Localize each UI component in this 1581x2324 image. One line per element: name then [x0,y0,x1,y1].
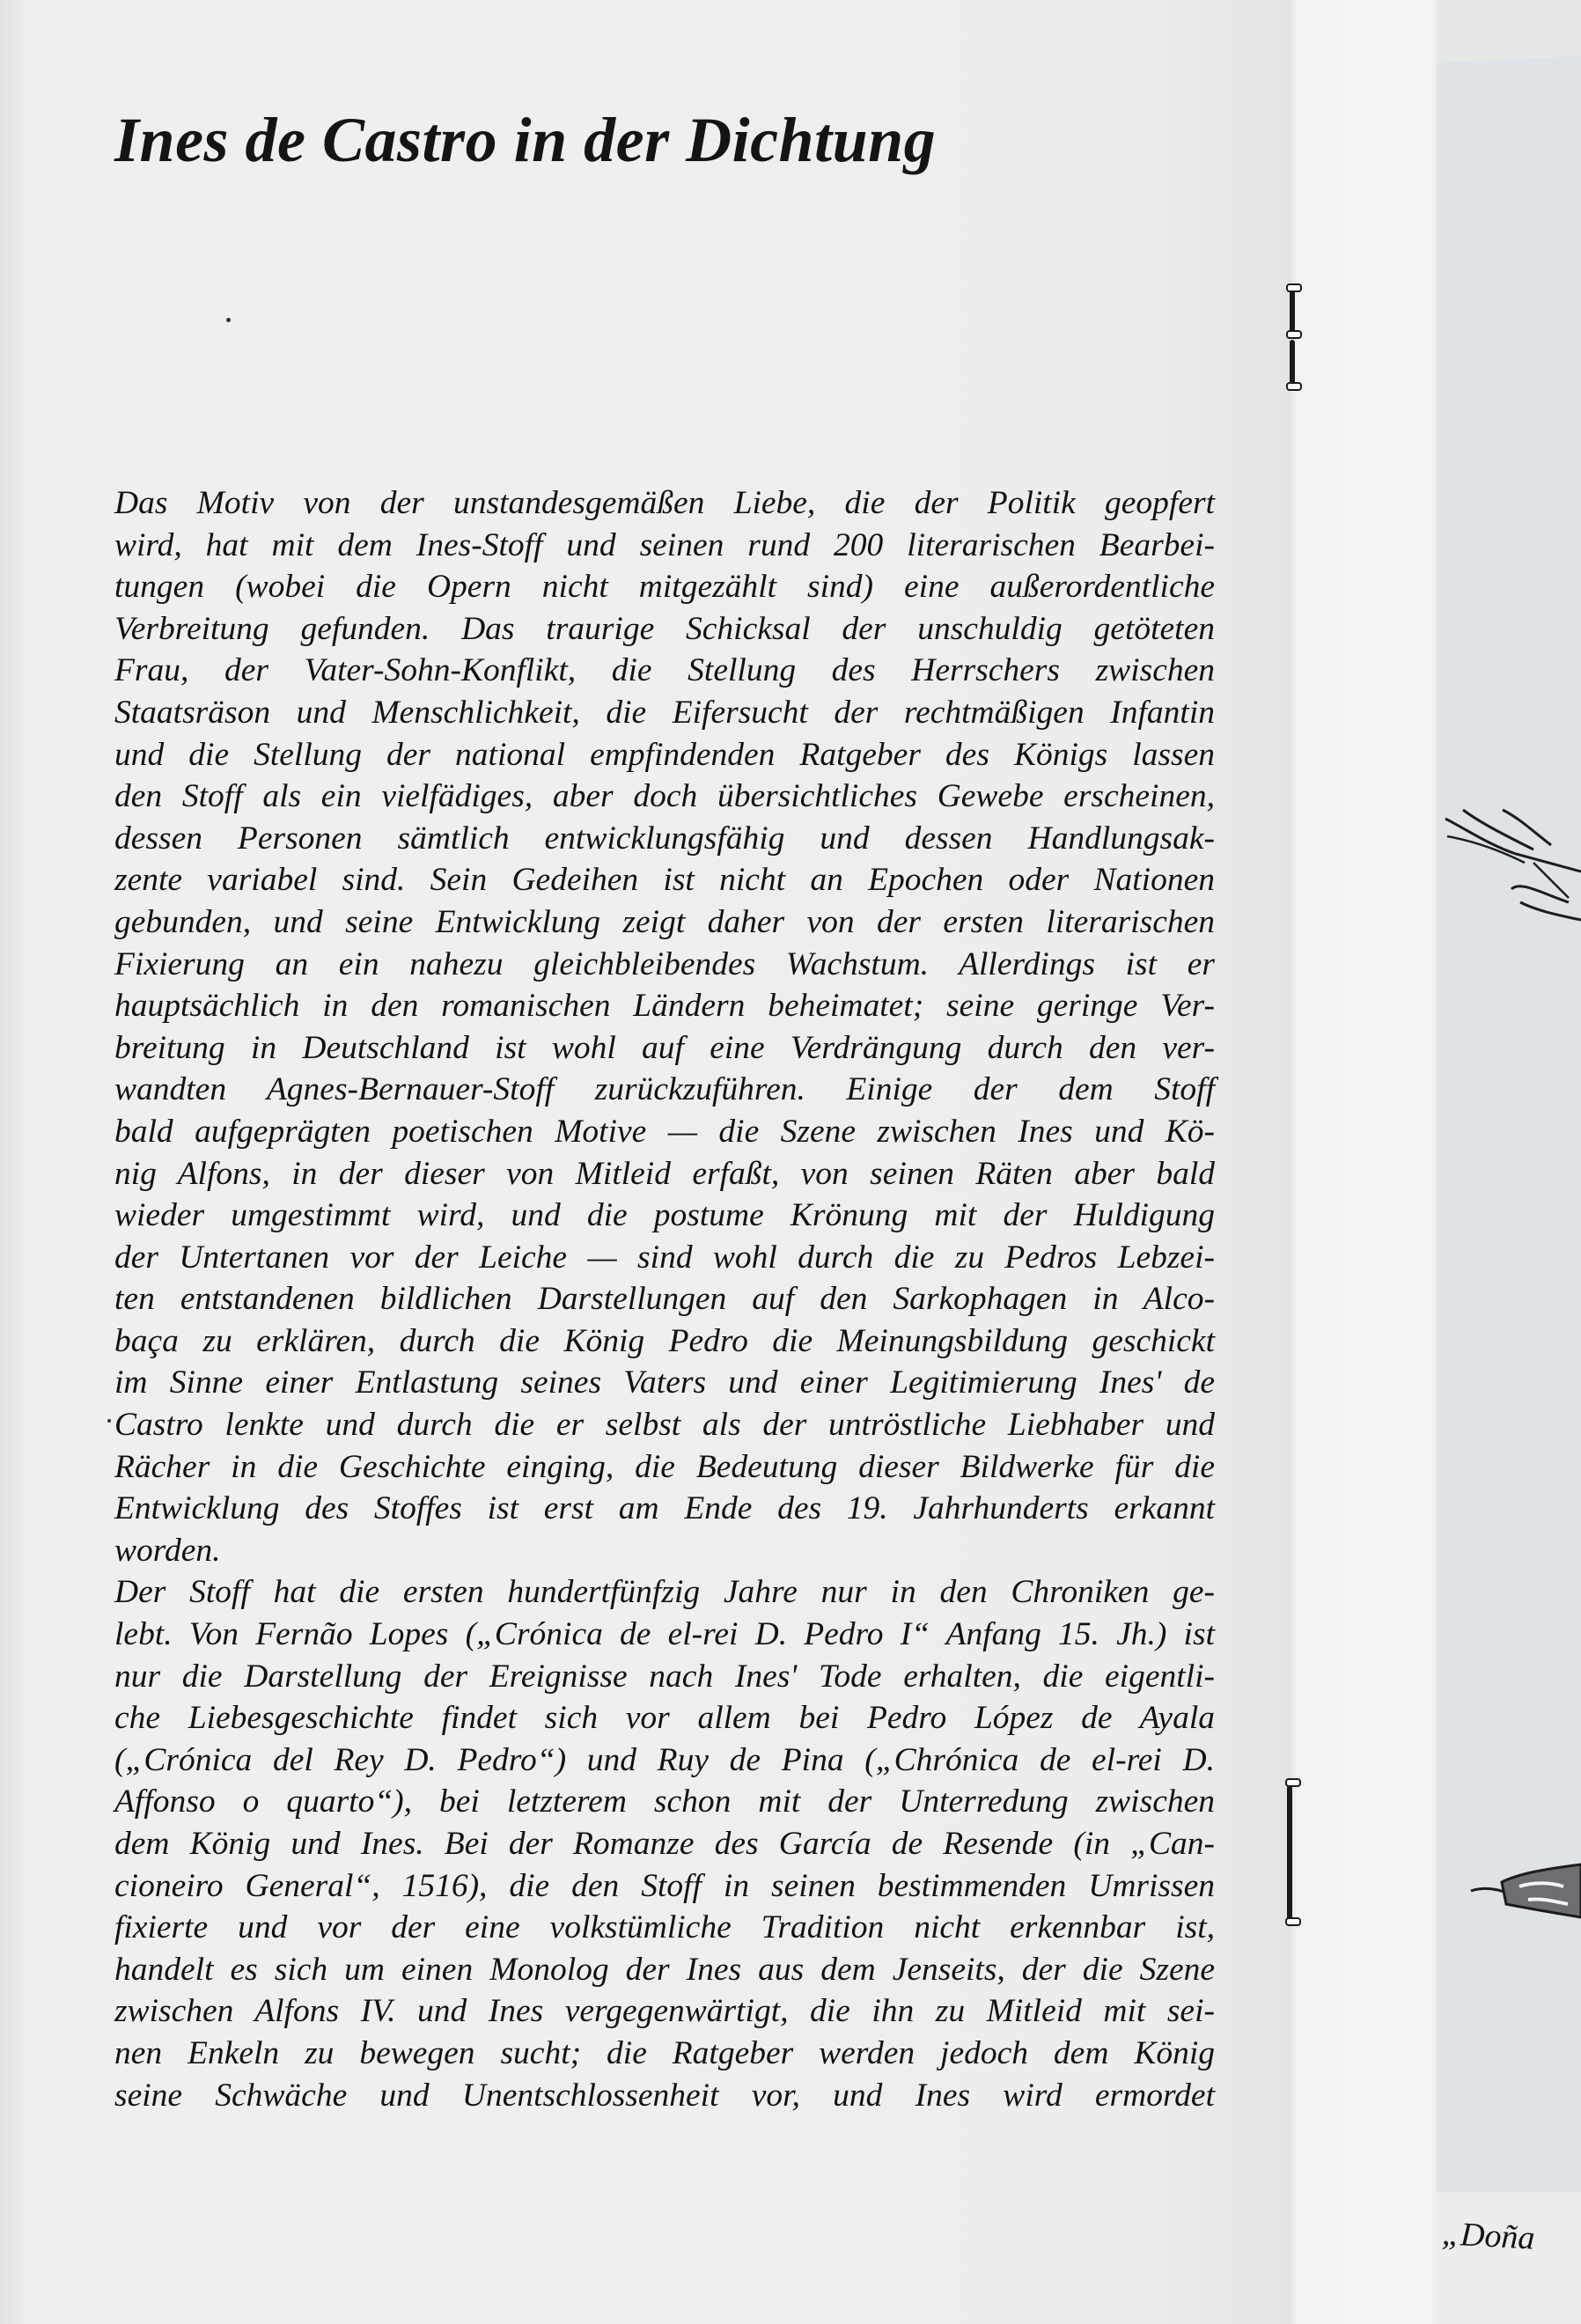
text-line: Das Motiv von der unstandesgemäßen Liebe… [114,482,1215,525]
illustration-caption: „Doña [1441,2214,1536,2257]
hand-sketch-icon [1437,801,1581,942]
text-line: der Untertanen vor der Leiche — sind woh… [114,1237,1215,1279]
text-line: den Stoff als ein vielfädiges, aber doch… [114,776,1215,818]
text-line: wieder umgestimmt wird, und die postume … [114,1195,1215,1237]
text-line: Castro lenkte und durch die er selbst al… [114,1404,1215,1446]
page-title: Ines de Castro in der Dichtung [114,104,936,177]
text-line: Rächer in die Geschichte einging, die Be… [114,1446,1215,1489]
paragraph-end-line: worden. [114,1530,1215,1572]
text-line: und die Stellung der national empfindend… [114,734,1215,776]
text-line: wandten Agnes-Bernauer-Stoff zurückzufüh… [114,1069,1215,1111]
text-line: breitung in Deutschland ist wohl auf ein… [114,1027,1215,1070]
text-line: che Liebesgeschichte findet sich vor all… [114,1697,1215,1739]
text-line: Affonso o quarto“), bei letzterem schon … [114,1781,1215,1823]
binding-gutter [1289,0,1437,2324]
text-line: zwischen Alfons IV. und Ines vergegenwär… [114,1990,1215,2033]
facing-page-margin [1437,2192,1581,2324]
text-line: zente variabel sind. Sein Gedeihen ist n… [114,859,1215,901]
text-line: Fixierung an ein nahezu gleichbleibendes… [114,944,1215,986]
text-line: Staatsräson und Menschlichkeit, die Eife… [114,692,1215,734]
text-line: Der Stoff hat die ersten hundertfünfzig … [114,1571,1215,1614]
figure-sketch-icon [1467,1856,1581,1926]
text-line: Frau, der Vater-Sohn-Konflikt, die Stell… [114,650,1215,692]
left-book-page: Ines de Castro in der Dichtung Das Motiv… [0,0,1289,2324]
text-line: wird, hat mit dem Ines-Stoff und seinen … [114,525,1215,567]
text-line: dem König und Ines. Bei der Romanze des … [114,1823,1215,1865]
text-line: („Crónica del Rey D. Pedro“) und Ruy de … [114,1739,1215,1782]
body-text: Das Motiv von der unstandesgemäßen Liebe… [114,482,1215,2116]
text-line: Entwicklung des Stoffes ist erst am Ende… [114,1488,1215,1530]
text-line: seine Schwäche und Unentschlossenheit vo… [114,2075,1215,2117]
text-line: Verbreitung gefunden. Das traurige Schic… [114,608,1215,651]
text-line: handelt es sich um einen Monolog der Ine… [114,1949,1215,1991]
text-line: nig Alfons, in der dieser von Mitleid er… [114,1153,1215,1195]
text-line: dessen Personen sämtlich entwicklungsfäh… [114,818,1215,860]
paper-speck [226,318,231,322]
text-line: nur die Darstellung der Ereignisse nach … [114,1656,1215,1698]
text-line: baça zu erklären, durch die König Pedro … [114,1320,1215,1363]
paper-speck [107,1419,111,1423]
text-line: lebt. Von Fernão Lopes („Crónica de el-r… [114,1614,1215,1656]
text-line: im Sinne einer Entlastung seines Vaters … [114,1362,1215,1404]
text-line: nen Enkeln zu bewegen sucht; die Ratgebe… [114,2033,1215,2075]
text-line: bald aufgeprägten poetischen Motive — di… [114,1111,1215,1153]
text-line: gebunden, und seine Entwicklung zeigt da… [114,901,1215,944]
text-line: fixierte und vor der eine volkstümliche … [114,1907,1215,1949]
text-line: cioneiro General“, 1516), die den Stoff … [114,1865,1215,1908]
text-line: ten entstandenen bildlichen Darstellunge… [114,1278,1215,1320]
text-line: hauptsächlich in den romanischen Ländern… [114,985,1215,1027]
text-line: tungen (wobei die Opern nicht mitgezählt… [114,566,1215,608]
